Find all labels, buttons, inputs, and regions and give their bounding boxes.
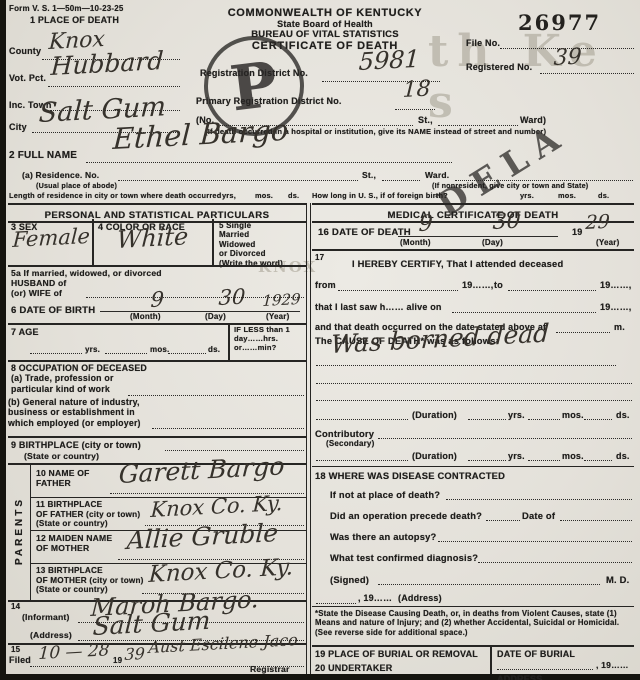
vot-pct-value: Hubbard [50,46,164,81]
residence-st-label: St., [362,170,376,180]
dod-year-value: 29 [585,211,610,234]
length-ds-label: ds. [288,191,299,200]
autopsy-label: Was there an autopsy? [330,531,436,542]
row-divider-bp9 [8,436,306,438]
dob-month-value: 9 [150,287,165,312]
duration2-ds-line [584,459,612,461]
filed-year-prefix: 19 [113,656,122,665]
duration2-mos: mos. [562,451,584,461]
death-occurred-line [556,331,610,333]
age-ds-line [168,352,206,354]
test-label: What test confirmed diagnosis? [330,552,478,563]
date-of-label: Date of [522,510,555,521]
form-number: Form V. S. 1—50m—10-23-25 [9,4,124,13]
mother-name-label: 12 MAIDEN NAME OF MOTHER [36,533,112,553]
to-line [508,289,596,291]
duration1-label: (Duration) [412,410,457,420]
abode-note: (Usual place of abode) [36,181,117,190]
race-value: White [116,222,189,254]
contributory-label: Contributory [315,428,374,439]
registrar-label: Registrar [250,664,290,674]
row-divider-footnote [312,606,634,607]
duration2-ds: ds. [616,451,630,461]
primary-district-line [395,108,435,110]
duration2-label: (Duration) [412,451,457,461]
dod-day-value: 30 [492,208,521,235]
duration1-mos-line [528,418,560,420]
dod-month-caption: (Month) [400,238,431,247]
dod-line [398,235,558,237]
file-number-value: 26977 [518,10,601,35]
length-yrs-label: yrs, [222,191,236,200]
row-divider-burial [312,645,634,647]
street-ward-line [438,124,518,126]
row-divider-certify [312,249,634,251]
primary-district-value: 18 [402,76,431,103]
filed-label: Filed [9,655,31,665]
signed-address-label: (Address) [398,593,442,603]
father-name-label: 10 NAME OF FATHER [36,468,90,488]
filed-year-value: 39 [124,644,145,664]
place-of-death-label: 1 PLACE OF DEATH [30,15,119,25]
dob-year-caption: (Year) [266,312,289,321]
father-birthplace-value: Knox Co. Ky. [150,491,283,522]
duration1-yrs: yrs. [508,410,525,420]
parents-label: PARENTS [14,497,25,565]
street-st-label: St., [418,115,433,125]
length-residence-label: Length of residence in city or town wher… [9,191,221,200]
residence-st-line [382,179,420,181]
operation-line [486,519,520,521]
informant-label: (Informant) [22,612,70,622]
date-of-line [560,519,632,521]
residence-label: (a) Residence. No. [22,170,99,180]
state-board-subtitle: State Board of Health [185,19,465,29]
length-mos-label: mos. [255,191,273,200]
age-mos-label: mos. [150,345,169,354]
death-certificate-scan: th Ke s KNOX Form V. S. 1—50m—10-23-25 1… [0,0,640,680]
dob-month-caption: (Month) [130,312,161,321]
occupation-label-a: 8 OCCUPATION OF DECEASED (a) Trade, prof… [11,363,147,394]
medical-certificate-title: MEDICAL CERTIFICATE OF DEATH [387,210,558,221]
vot-pct-line [48,85,180,87]
scan-edge-left [0,0,6,680]
scan-edge-bottom [0,674,640,680]
race-marital-divider [212,219,214,265]
signed-date-line [316,602,356,604]
row-divider-occ [8,360,306,362]
md-label: M. D. [606,574,629,585]
if-less-than-one-label: IF LESS than 1 day……hrs. or……min? [234,326,290,353]
signed-label: (Signed) [330,574,369,585]
length2-yrs-label: yrs. [520,191,534,200]
from-label: from [315,280,336,290]
last-saw-19-label: 19……, [600,302,632,312]
informant-address-label: (Address) [30,630,72,640]
residence-line [118,179,358,181]
where-contracted-label: 18 WHERE WAS DISEASE CONTRACTED [315,470,505,481]
dob-label: 6 DATE OF BIRTH [11,305,95,316]
registered-number-label: Registered No. [466,62,532,72]
dob-day-value: 30 [218,285,246,310]
filed-date-value: 10 — 28 [38,640,110,664]
occupation-line-b [152,427,304,429]
sex-race-divider [92,219,94,265]
undertaker-label: 20 UNDERTAKER [315,663,392,673]
row-divider-where [312,466,634,467]
registered-number-line [540,72,634,74]
age-subbox-divider [228,323,230,360]
burial-divider [490,645,492,674]
if-not-line [446,498,632,500]
dod-year-caption: (Year) [596,238,619,247]
age-yrs-line [30,352,82,354]
left-section-header: PERSONAL AND STATISTICAL PARTICULARS [8,203,306,223]
cause-line-2 [316,382,632,384]
dob-day-caption: (Day) [205,312,226,321]
father-birthplace-label: 11 BIRTHPLACE OF FATHER (city or town) (… [36,500,140,529]
duration2-mos-line [528,459,560,461]
cause-line-1 [316,364,616,366]
operation-label: Did an operation precede death? [330,510,482,521]
father-name-value: Garett Bargo [118,451,285,489]
certify-number: 17 [315,253,324,262]
certify-statement: I HEREBY CERTIFY, That I attended deceas… [352,258,563,269]
occupation-line-a [128,394,304,396]
registered-number-value: 39 [553,44,582,71]
row-divider-5a [8,265,306,267]
from-line [338,289,458,291]
dod-year-prefix: 19 [572,227,582,237]
commonwealth-title: COMMONWEALTH OF KENTUCKY [185,7,465,19]
autopsy-line [438,540,632,542]
dob-year-value: 1929 [262,290,301,310]
personal-particulars-title: PERSONAL AND STATISTICAL PARTICULARS [45,210,270,221]
secondary-label: (Secondary) [326,439,374,448]
contributory-line [378,437,632,439]
vot-pct-label: Vot. Pct. [9,73,46,83]
duration2-yrs: yrs. [508,451,525,461]
burial-date-label: DATE OF BURIAL [497,649,575,659]
burial-place-label: 19 PLACE OF BURIAL OR REMOVAL [315,649,478,659]
birthplace-sub-label: (State or country) [24,451,99,461]
duration2-line [316,459,408,461]
full-name-label: 2 FULL NAME [9,150,77,161]
last-saw-line [452,311,596,313]
age-yrs-label: yrs. [85,345,100,354]
informant-number: 14 [11,602,20,611]
parents-strip: PARENTS [8,463,31,600]
if-not-label: If not at place of death? [330,489,440,500]
test-line [478,561,632,563]
cause-footnote: *State the Disease Causing Death, or, in… [315,609,633,637]
dod-label: 16 DATE OF DEATH [318,227,411,238]
residence-ward-label: Ward. [425,170,449,180]
age-mos-line [105,352,147,354]
birthplace-label: 9 BIRTHPLACE (city or town) [11,440,141,450]
signed-19-label: , 19…… [358,593,392,603]
full-name-line [86,161,452,163]
occupation-label-b: (b) General nature of industry, business… [8,397,141,428]
duration1-line [316,418,408,420]
duration1-mos: mos. [562,410,584,420]
duration1-yrs-line [468,418,506,420]
burial-date-line [497,668,593,670]
duration1-ds-line [584,418,612,420]
undertaker-address-label: ADDRESS [497,674,542,680]
bureau-subtitle: BUREAU OF VITAL STATISTICS [185,29,465,40]
to-19-label: 19……, [600,280,632,290]
length2-ds-label: ds. [598,191,609,200]
age-ds-label: ds. [208,345,220,354]
last-saw-label: that I last saw h…… alive on [315,302,442,312]
registration-district-value: 5981 [358,45,420,76]
file-number-label: File No. [466,38,500,48]
marital-status-options: 5 Single Married Widowed or Divorced (Wr… [219,221,283,268]
dod-day-caption: (Day) [482,238,503,247]
duration1-ds: ds. [616,410,630,420]
age-label: 7 AGE [11,327,39,337]
how-long-us-label: How long in U. S., if of foreign birth? [312,191,448,200]
dod-month-value: 9 [418,211,433,237]
duration2-yrs-line [468,459,506,461]
death-occurred-m-label: m. [614,322,625,332]
to-label: to [494,280,503,290]
burial-19-label: , 19…… [596,660,629,670]
county-label: County [9,46,41,56]
column-divider [306,203,311,674]
cause-line-3 [316,399,632,401]
nonresident-note: (If nonresident, give city or town and S… [432,181,588,190]
city-label: City [9,122,27,132]
mother-birthplace-label: 13 BIRTHPLACE OF MOTHER (city or town) (… [36,566,144,595]
from-19-label: 19……, [462,280,494,290]
sex-value: Female [12,224,91,252]
filed-number: 15 [11,645,20,654]
husband-wife-label: 5a If married, widowed, or divorced HUSB… [11,268,162,298]
length2-mos-label: mos. [558,191,576,200]
signed-line [378,583,600,585]
